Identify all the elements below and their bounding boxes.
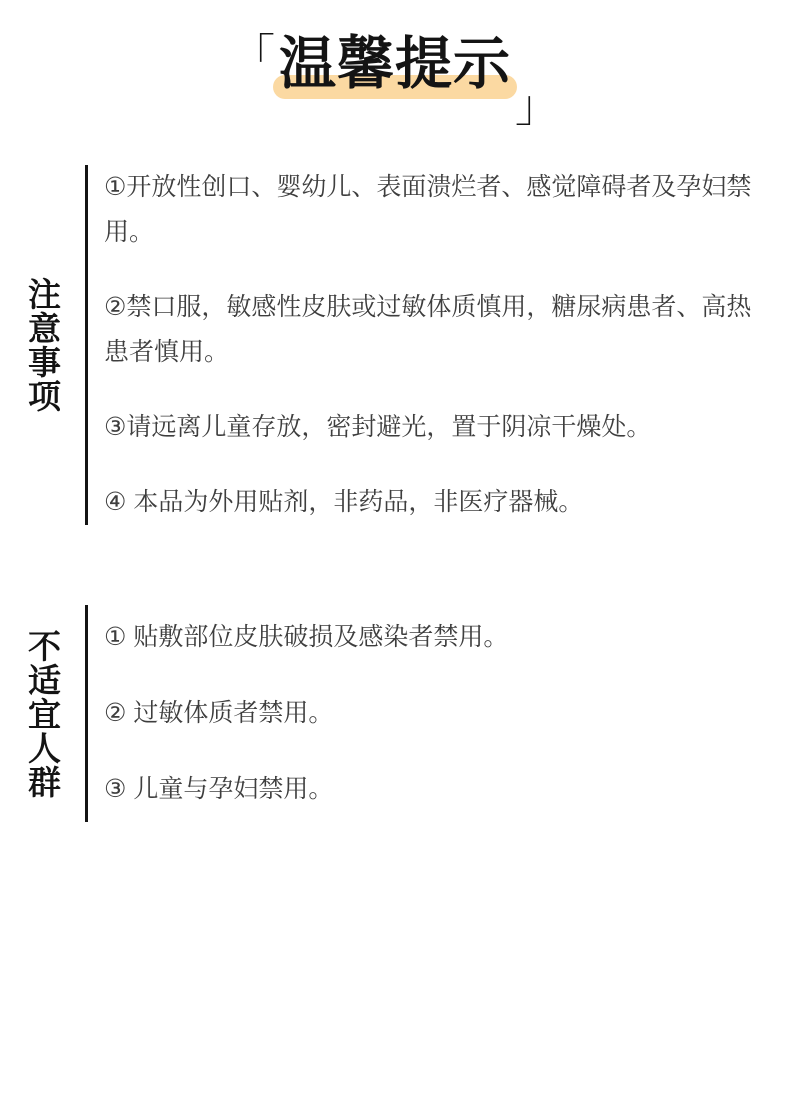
precaution-item-1: ①开放性创口、婴幼儿、表面溃烂者、感觉障碍者及孕妇禁用。 [104, 165, 754, 255]
section-precautions-label: 注意事项 [26, 277, 59, 413]
page-title-block: 「 温馨提示 」 [0, 0, 790, 115]
section-unsuitable-label: 不适宜人群 [26, 629, 59, 799]
unsuitable-list: ① 贴敷部位皮肤破损及感染者禁用。 ② 过敏体质者禁用。 ③ 儿童与孕妇禁用。 [88, 605, 754, 822]
precautions-list: ①开放性创口、婴幼儿、表面溃烂者、感觉障碍者及孕妇禁用。 ②禁口服，敏感性皮肤或… [88, 165, 754, 525]
section-unsuitable-label-col: 不适宜人群 [0, 605, 85, 822]
close-corner-bracket: 」 [515, 85, 559, 129]
unsuitable-item-3: ③ 儿童与孕妇禁用。 [104, 767, 754, 812]
notice-page: 「 温馨提示 」 注意事项 ①开放性创口、婴幼儿、表面溃烂者、感觉障碍者及孕妇禁… [0, 0, 790, 1095]
section-precautions: 注意事项 ①开放性创口、婴幼儿、表面溃烂者、感觉障碍者及孕妇禁用。 ②禁口服，敏… [0, 165, 790, 525]
page-title: 温馨提示 [277, 32, 513, 98]
section-unsuitable-groups: 不适宜人群 ① 贴敷部位皮肤破损及感染者禁用。 ② 过敏体质者禁用。 ③ 儿童与… [0, 605, 790, 822]
precaution-item-4: ④ 本品为外用贴剂，非药品，非医疗器械。 [104, 480, 754, 525]
section-precautions-label-col: 注意事项 [0, 165, 85, 525]
open-corner-bracket: 「 [231, 34, 275, 78]
precaution-item-3: ③请远离儿童存放，密封避光，置于阴凉干燥处。 [104, 405, 754, 450]
precaution-item-2: ②禁口服，敏感性皮肤或过敏体质慎用，糖尿病患者、高热患者慎用。 [104, 285, 754, 375]
unsuitable-item-1: ① 贴敷部位皮肤破损及感染者禁用。 [104, 615, 754, 660]
unsuitable-item-2: ② 过敏体质者禁用。 [104, 691, 754, 736]
